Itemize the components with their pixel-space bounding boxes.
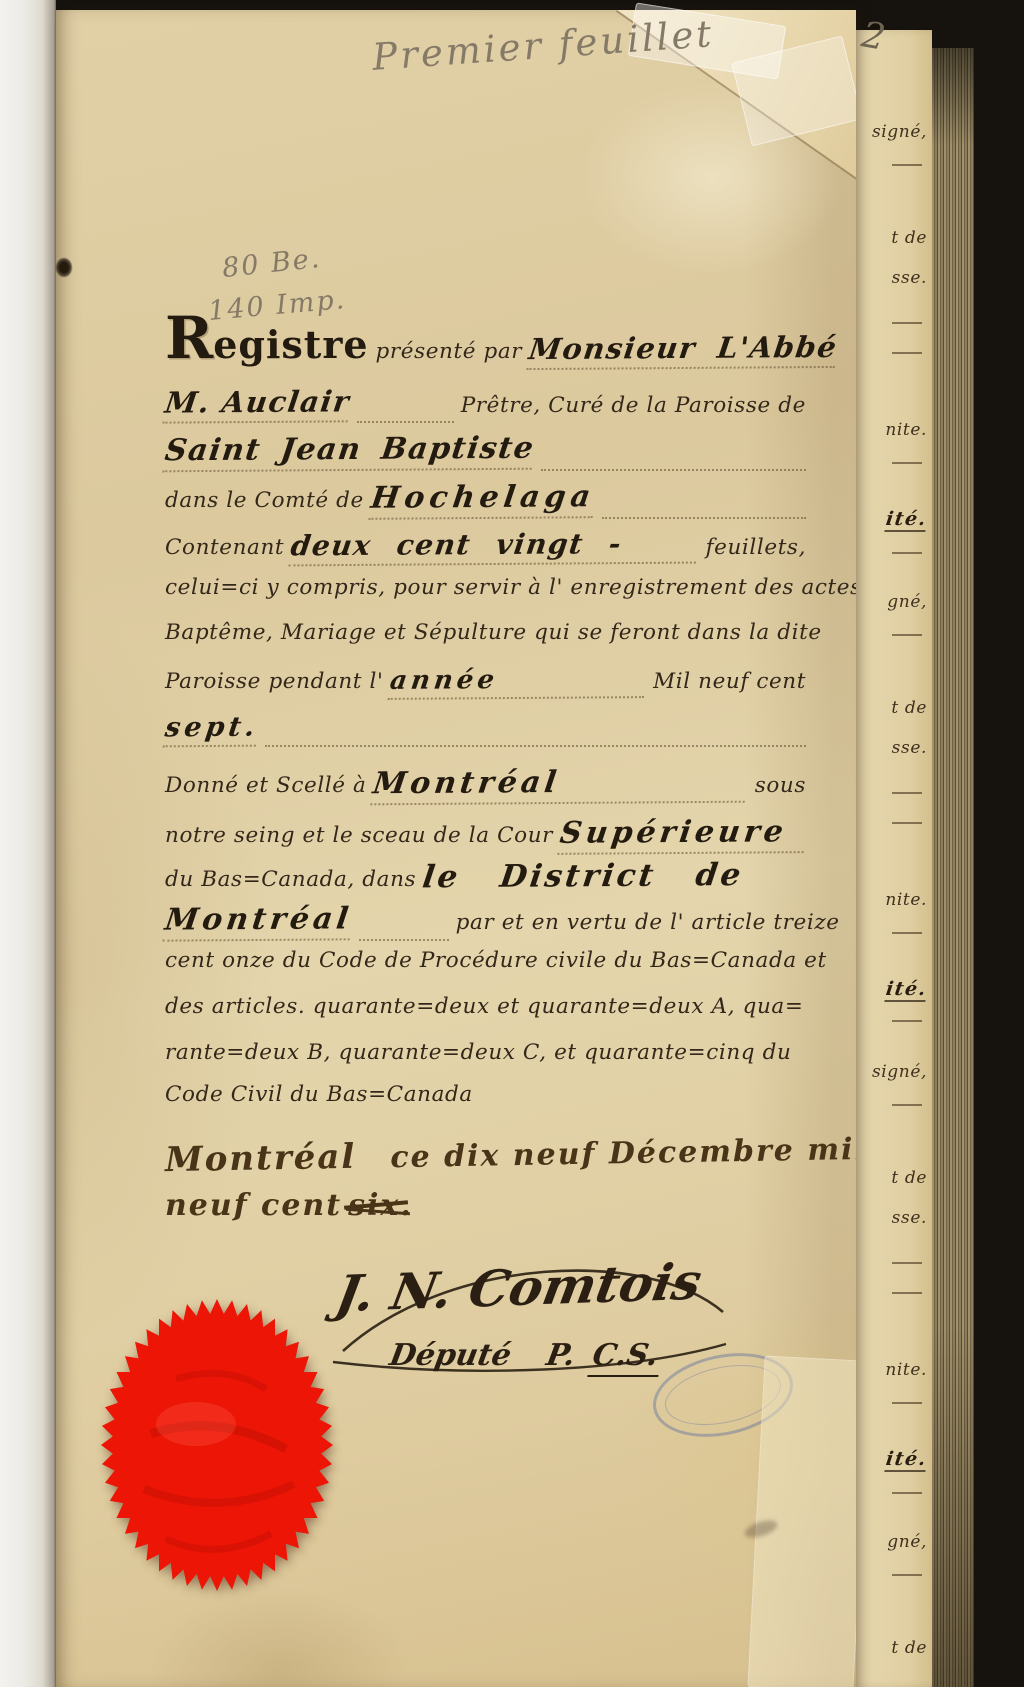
ink-blot [56,258,72,277]
dateline-date: ce dix neuf Décembre mil [390,1132,868,1175]
printed-form-text: Baptême, Mariage et Sépulture qui se fer… [165,620,822,645]
edge-rule-dash [892,1402,922,1404]
signature-title: DéputéP.C.S. [387,1338,665,1373]
signature-title-p: P. [544,1338,578,1373]
book-photo: Premier feuillet 80 Be. 140 Imp. Registr… [0,0,1024,1687]
form-line-17: Code Civil du Bas=Canada [165,1082,813,1107]
edge-rule-dash [892,1292,922,1294]
printed-form-text: Donné et Scellé à [165,773,366,798]
register-title-page: Premier feuillet 80 Be. 140 Imp. Registr… [56,10,856,1687]
edge-rule-dash [892,1104,922,1106]
edge-text-fragment: ité. [885,978,929,1002]
edge-text-fragment: sse. [892,1208,927,1228]
edge-text-fragment: t de [891,698,927,718]
handwritten-entry: sept. [163,712,261,748]
printed-form-text: par et en vertu de l' article treize [456,910,840,935]
form-line-11: notre seing et le sceau de la CourSupéri… [165,815,813,854]
edge-rule-dash [892,1574,922,1576]
edge-text-fragment: nite. [885,890,927,910]
edge-rule-dash [892,462,922,464]
signature-title-abbr: C.S. [587,1338,665,1377]
edge-text-fragment: nite. [885,420,927,440]
printed-form-text: du Bas=Canada, dans [165,867,416,892]
edge-text-fragment: gné, [887,592,927,612]
edge-text-fragment: nite. [885,1360,927,1380]
form-line-4: dans le Comté deHochelaga [165,480,813,519]
handwritten-entry: année [388,664,648,700]
edge-text-fragment: gné, [887,1532,927,1552]
edge-text-fragment: signé, [872,1062,927,1082]
handwritten-entry: Supérieure [557,814,808,855]
dateline-2: neuf centsix. [165,1188,413,1223]
handwritten-entry: Saint Jean Baptiste [162,431,537,473]
struck-out-word: six [348,1188,400,1223]
printed-form-text: Contenant [165,535,284,560]
edge-rule-dash [892,322,922,324]
edge-rule-dash [892,1020,922,1022]
edge-rule-dash [892,932,922,934]
edge-text-fragment: signé, [872,122,927,142]
handwritten-entry: Montréal [162,901,354,941]
dateline-period: . [400,1188,412,1223]
printed-form-text: Paroisse pendant l' [165,669,383,694]
form-line-9: sept. [165,712,813,747]
handwritten-entry: M. Auclair [162,384,352,423]
printed-form-text: cent onze du Code de Procédure civile du… [165,948,827,973]
handwritten-entry: deux cent vingt - [289,527,702,567]
handwritten-entry: Montréal [371,764,751,806]
form-line-15: des articles. quarante=deux et quarante=… [165,994,813,1019]
handwritten-entry: Hochelaga [368,479,597,520]
form-line-3: Saint Jean Baptiste [165,432,813,471]
edge-rule-dash [892,552,922,554]
form-line-8: Paroisse pendant l'annéeMil neuf cent [165,665,813,699]
edge-rule-dash [892,822,922,824]
edge-rule-dash [892,164,922,166]
edge-text-fragment: t de [891,228,927,248]
printed-form-text: sous [755,773,806,798]
printed-form-text: Mil neuf cent [653,669,806,694]
printed-form-text: Code Civil du Bas=Canada [165,1082,473,1107]
book-gutter-cloth [0,0,56,1687]
handwritten-entry: Monsieur L'Abbé [526,330,839,370]
underlying-page-edge: signé,t desse.nite.ité.gné,t desse.nite.… [856,30,932,1687]
ornate-initial: R [165,304,213,372]
printed-form-text: des articles. quarante=deux et quarante=… [165,994,803,1019]
form-line-14: cent onze du Code de Procédure civile du… [165,948,813,973]
signature-title-word: Député [387,1338,514,1373]
form-line-1: Registreprésenté parMonsieur L'Abbé [165,322,813,369]
edge-text-fragment: sse. [892,738,927,758]
dotted-rule [265,727,806,747]
edge-rule-dash [892,1262,922,1264]
edge-rule-dash [892,1492,922,1494]
edge-text-fragment: t de [891,1168,927,1188]
form-line-7: Baptême, Mariage et Sépulture qui se fer… [165,620,813,645]
edge-text-fragment: ité. [885,508,929,532]
dotted-rule [602,499,806,519]
dotted-rule [359,921,449,941]
printed-form-text: Prêtre, Curé de la Paroisse de [461,393,806,418]
dateline-place: Montréal [165,1137,357,1180]
edge-rule-dash [892,792,922,794]
form-line-13: Montréalpar et en vertu de l' article tr… [165,902,813,941]
form-line-6: celui=ci y compris, pour servir à l' enr… [165,575,813,600]
form-line-12: du Bas=Canada, dansle District de [165,858,813,894]
book-fore-edge [932,48,974,1687]
dotted-rule [357,403,454,423]
printed-form-text: celui=ci y compris, pour servir à l' enr… [165,575,897,600]
handwritten-entry: le District de [421,857,809,896]
printed-form-text: présenté par [376,339,523,364]
dateline-year-prefix: neuf cent [165,1188,342,1223]
edge-text-fragment: sse. [892,268,927,288]
printed-form-text: feuillets, [706,535,806,560]
form-line-2: M. AuclairPrêtre, Curé de la Paroisse de [165,385,813,423]
dotted-rule [541,451,806,471]
form-line-16: rante=deux B, quarante=deux C, et quaran… [165,1040,813,1065]
ornate-word-registre: Registre [165,322,369,367]
form-line-10: Donné et Scellé àMontréalsous [165,765,813,804]
printed-form-text: notre seing et le sceau de la Cour [165,823,553,848]
edge-rule-dash [892,352,922,354]
edge-rule-dash [892,634,922,636]
printed-form-text: rante=deux B, quarante=deux C, et quaran… [165,1040,791,1065]
register-form-text: Registreprésenté parMonsieur L'AbbéM. Au… [165,10,813,1140]
red-wax-seal [96,1294,338,1596]
printed-form-text: dans le Comté de [165,488,364,513]
edge-text-fragment: ité. [885,1448,929,1472]
edge-text-fragment: t de [891,1638,927,1658]
form-line-5: Contenantdeux cent vingt -feuillets, [165,528,813,565]
